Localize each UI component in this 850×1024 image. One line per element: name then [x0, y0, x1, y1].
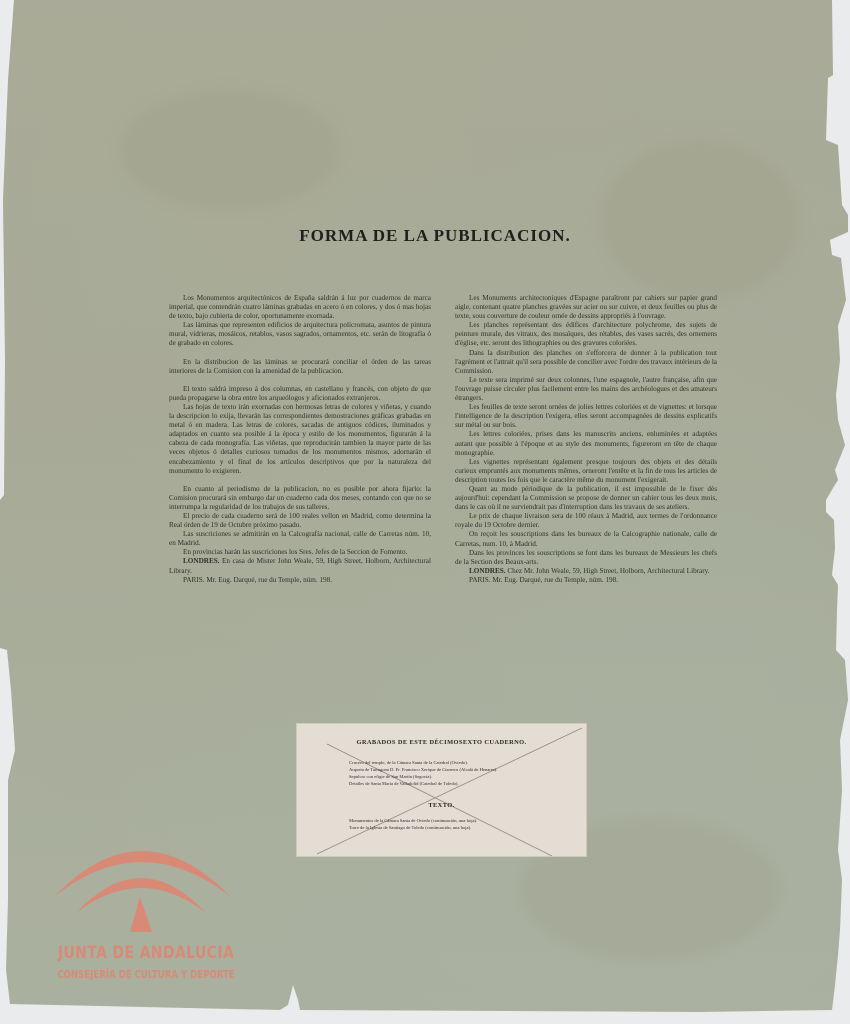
paragraph: Les vignettes représentant également pre… — [455, 458, 717, 485]
paragraph: Las suscriciones se admitirán en la Calc… — [169, 530, 431, 548]
paragraph: On reçoit les souscriptions dans les bur… — [455, 530, 717, 548]
paragraph: Dans la distribution des planches on s'e… — [455, 349, 717, 376]
page-title: FORMA DE LA PUBLICACION. — [0, 226, 850, 246]
text-item: Monumentos de la Cámara Santa de Oviedo … — [349, 817, 477, 824]
paragraph: Le texte sera imprimé sur deux colonnes,… — [455, 376, 717, 403]
engraving-item: Detalles de Santa María de Valladolid (C… — [349, 780, 497, 787]
watermark-title: JUNTA DE ANDALUCIA — [56, 943, 236, 963]
paragraph: En la distribucion de las láminas se pro… — [169, 358, 431, 376]
paragraph: Dans les provinces les souscriptions se … — [455, 549, 717, 567]
text-column-french: Les Monuments architectoniques d'Espagne… — [455, 294, 717, 585]
engraving-item: Crucero del templo, de la Cámara Santa d… — [349, 759, 497, 766]
text-item: Torre de la Iglesia de Santiago de Toled… — [349, 824, 477, 831]
paragraph: El precio de cada cuaderno será de 100 r… — [169, 512, 431, 530]
paragraph: El texto saldrá impreso á dos columnas, … — [169, 385, 431, 403]
address-text: Mr. Eug. Darqué, rue du Temple, núm. 198… — [206, 576, 332, 584]
paragraph: Les lettres coloriées, prises dans les m… — [455, 430, 717, 457]
text-column-spanish: Los Monumentos arquitectónicos de España… — [169, 294, 431, 585]
address-text: Chez Mr. John Weale, 59, High Street, Ho… — [507, 567, 709, 575]
address-london: LONDRES. Chez Mr. John Weale, 59, High S… — [455, 567, 717, 576]
paragraph: Quant au mode périodique de la publicati… — [455, 485, 717, 512]
texts-list: Monumentos de la Cámara Santa de Oviedo … — [349, 817, 477, 831]
watermark-subtitle: CONSEJERÍA DE CULTURA Y DEPORTE — [54, 968, 238, 981]
paragraph: Las hojas de texto irán exornadas con he… — [169, 403, 431, 476]
address-city: LONDRES. — [469, 567, 506, 575]
paragraph: Los Monumentos arquitectónicos de España… — [169, 294, 431, 321]
paragraph: Le prix de chaque livraison sera de 100 … — [455, 512, 717, 530]
address-paris: PARIS. Mr. Eug. Darqué, rue du Temple, n… — [455, 576, 717, 585]
paragraph: Las láminas que representen edificios de… — [169, 321, 431, 348]
address-city: PARIS. — [183, 576, 205, 584]
address-london: LONDRES. En casa de Mister John Weale, 5… — [169, 557, 431, 575]
junta-andalucia-watermark: JUNTA DE ANDALUCIA CONSEJERÍA DE CULTURA… — [36, 835, 256, 995]
engraving-item: Arqueta de Tarragona D. Fr. Francisco Xe… — [349, 766, 497, 773]
address-city: LONDRES. — [183, 557, 220, 565]
engravings-label: GRABADOS DE ESTE DÉCIMOSEXTO CUADERNO. C… — [297, 724, 586, 856]
junta-andalucia-arch-logo-icon — [36, 835, 256, 945]
engraving-item: Sepulcro con efigie de San Martín (Segov… — [349, 773, 497, 780]
paragraph: Les planches représentant des édifices d… — [455, 321, 717, 348]
paragraph: En cuanto al periodismo de la publicacio… — [169, 485, 431, 512]
engravings-list: Crucero del templo, de la Cámara Santa d… — [349, 759, 497, 787]
document-page: FORMA DE LA PUBLICACION. Los Monumentos … — [0, 0, 850, 1024]
address-paris: PARIS. Mr. Eug. Darqué, rue du Temple, n… — [169, 576, 431, 585]
paper-stain — [120, 90, 340, 210]
label-heading: GRABADOS DE ESTE DÉCIMOSEXTO CUADERNO. — [297, 739, 586, 746]
paragraph: Les feuilles de texte seront ornées de j… — [455, 403, 717, 430]
address-city: PARIS. — [469, 576, 491, 584]
address-text: Mr. Eug. Darqué, rue du Temple, núm. 198… — [492, 576, 618, 584]
paper-stain — [600, 140, 800, 300]
label-text-heading: TEXTO. — [297, 802, 586, 809]
paragraph: Les Monuments architectoniques d'Espagne… — [455, 294, 717, 321]
paragraph: En provincias harán las suscriciones los… — [169, 548, 431, 557]
